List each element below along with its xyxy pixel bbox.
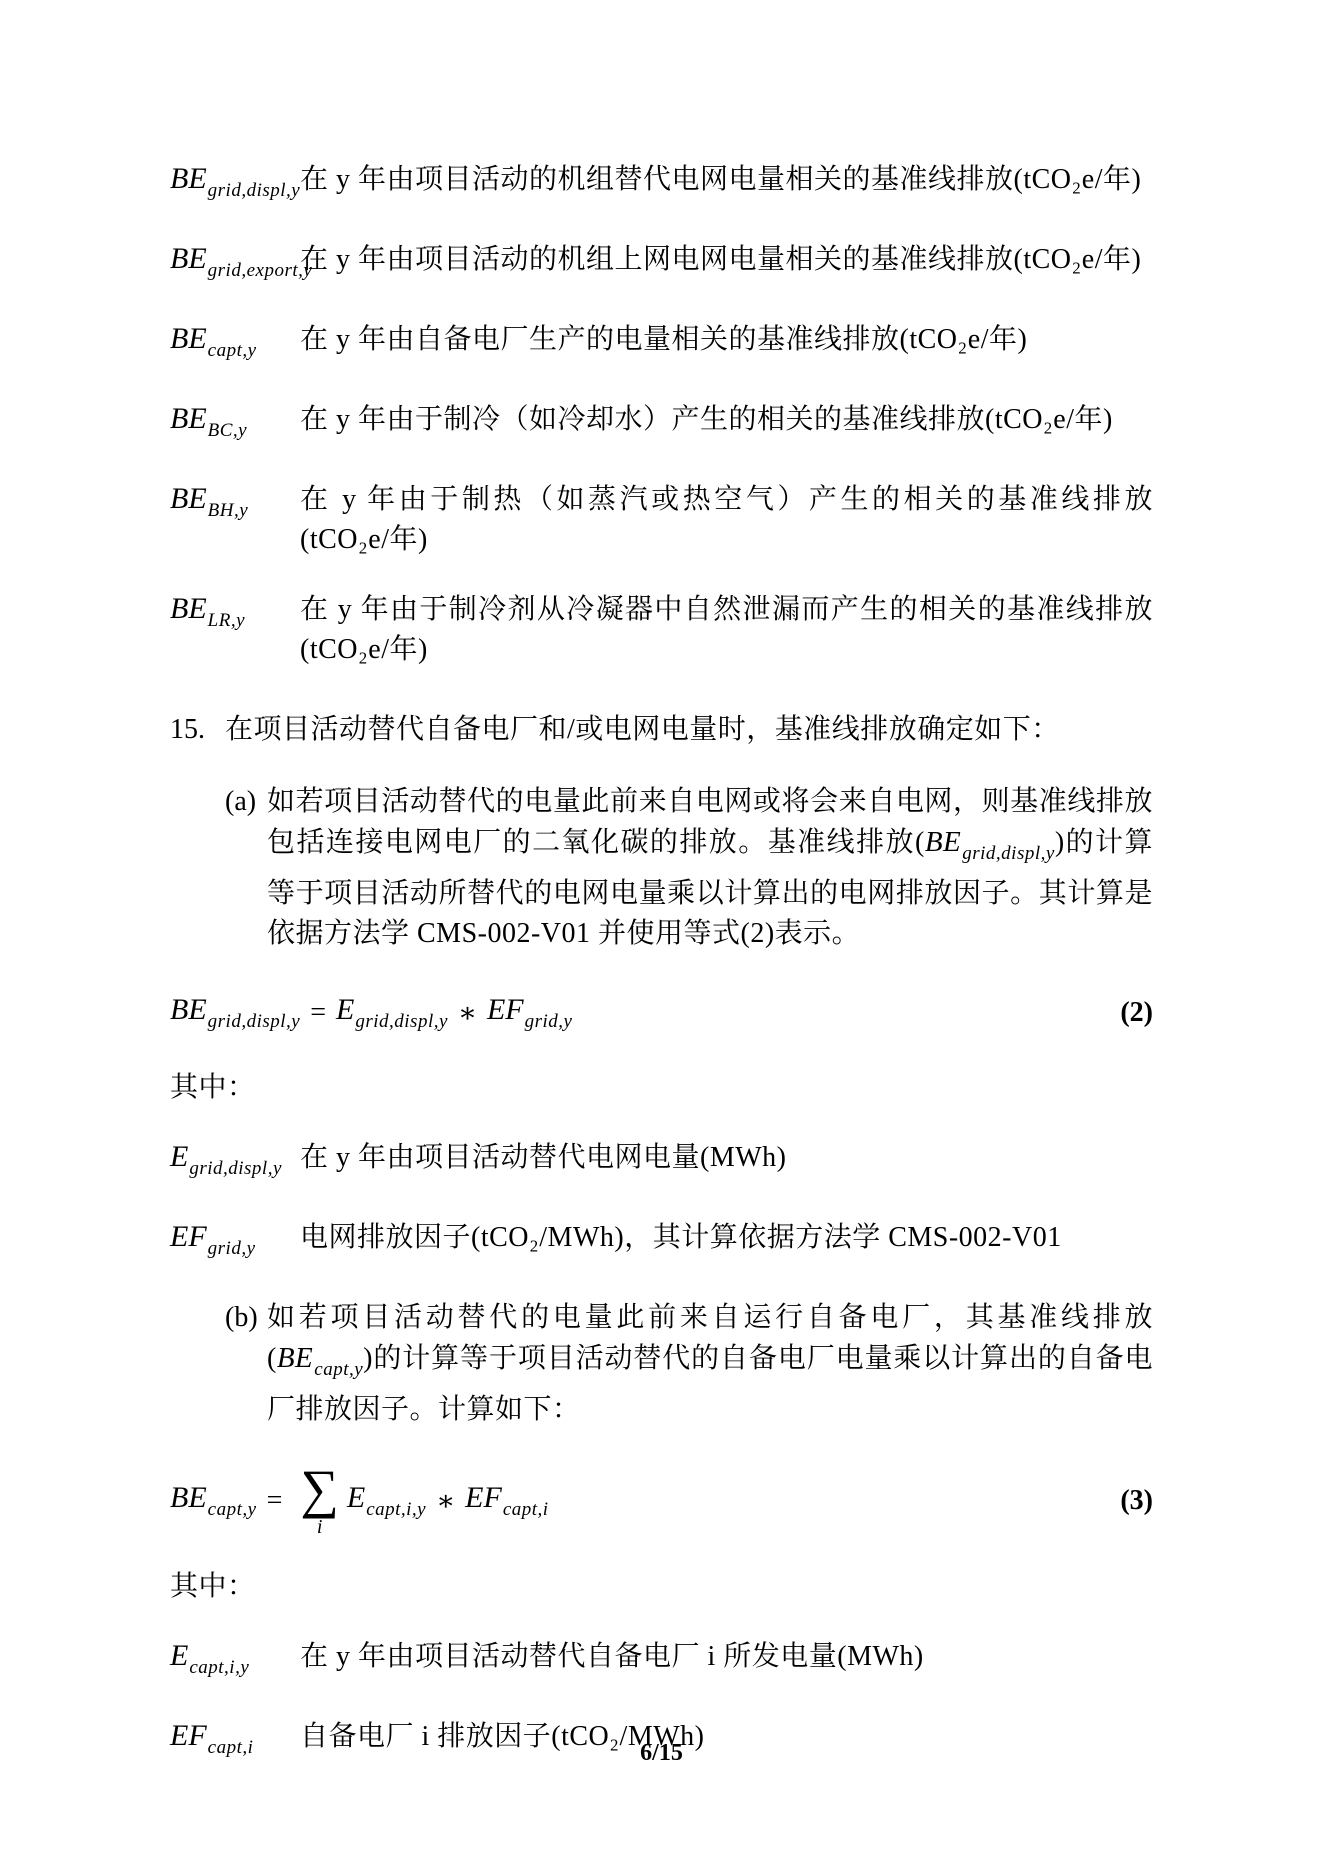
term-symbol: BE [170,1481,207,1514]
equation-rhs-2: EFgrid,y [487,993,573,1033]
definition-term: Ecapt,i,y [170,1637,300,1687]
equation-3: BEcapt,y = ∑ i Ecapt,i,y ∗ EFcapt,i (3) [170,1464,1153,1537]
numbered-paragraph-15: 15. 在项目活动替代自备电厂和/或电网电量时，基准线排放确定如下： [170,710,1153,750]
definition-term: EFgrid,y [170,1218,300,1268]
multiply-sign: ∗ [426,1484,465,1518]
definition-row: EFgrid,y 电网排放因子(tCO₂/MWh)，其计算依据方法学 CMS-0… [170,1218,1153,1268]
term-subscript: grid,displ,y [962,843,1055,864]
definition-text: 在 y 年由项目活动替代自备电厂 i 所发电量(MWh) [300,1637,1153,1687]
equation-number: (2) [1120,997,1153,1029]
equation-2-body: BEgrid,displ,y = Egrid,displ,y ∗ EFgrid,… [170,993,572,1033]
page-content: BEgrid,displ,y 在 y 年由项目活动的机组替代电网电量相关的基准线… [170,160,1153,1797]
definition-term: BEBC,y [170,400,300,450]
definition-row: BEBH,y 在 y 年由于制热（如蒸汽或热空气）产生的相关的基准线排放(tCO… [170,480,1153,560]
term-symbol: BE [925,826,961,858]
definition-row: BEgrid,displ,y 在 y 年由项目活动的机组替代电网电量相关的基准线… [170,160,1153,210]
definition-text: 在 y 年由自备电厂生产的电量相关的基准线排放(tCO₂e/年) [300,320,1153,370]
term-subscript: capt,i,y [366,1499,426,1520]
definition-row: BELR,y 在 y 年由于制冷剂从冷凝器中自然泄漏而产生的相关的基准线排放(t… [170,590,1153,670]
summation: ∑ i [300,1464,339,1537]
term-subscript: grid,displ,y [189,1158,282,1179]
sub-item-text: 如若项目活动替代的电量此前来自电网或将会来自电网，则基准线排放包括连接电网电厂的… [267,782,1153,954]
definition-row: Ecapt,i,y 在 y 年由项目活动替代自备电厂 i 所发电量(MWh) [170,1637,1153,1687]
inline-math-term: BEcapt,y [277,1342,363,1374]
sigma-index: i [317,1517,323,1537]
term-symbol: BE [170,402,207,435]
term-symbol: BE [170,322,207,355]
definition-row: BEcapt,y 在 y 年由自备电厂生产的电量相关的基准线排放(tCO₂e/年… [170,320,1153,370]
term-symbol: EF [487,993,524,1026]
term-subscript: grid,displ,y [208,180,301,201]
term-symbol: E [336,993,354,1026]
term-symbol: E [170,1140,188,1173]
equals-sign: = [257,1485,293,1517]
term-subscript: grid,y [208,1238,256,1259]
definition-text: 在 y 年由项目活动的机组替代电网电量相关的基准线排放(tCO₂e/年) [300,160,1153,210]
term-subscript: grid,displ,y [208,1011,301,1032]
definition-text: 在 y 年由项目活动替代电网电量(MWh) [300,1138,1153,1188]
definition-text: 电网排放因子(tCO₂/MWh)，其计算依据方法学 CMS-002-V01 [300,1218,1153,1268]
multiply-sign: ∗ [448,996,487,1030]
term-symbol: EF [465,1481,502,1514]
term-subscript: capt,y [208,1499,257,1520]
term-symbol: BE [277,1342,313,1374]
equation-number: (3) [1120,1485,1153,1517]
equals-sign: = [300,997,336,1029]
definition-text: 在 y 年由于制热（如蒸汽或热空气）产生的相关的基准线排放(tCO₂e/年) [300,480,1153,560]
paragraph-number: 15. [170,710,225,750]
sigma-symbol: ∑ [300,1464,339,1515]
term-symbol: EF [170,1220,207,1253]
term-subscript: capt,y [208,340,257,361]
definition-term: BEgrid,export,y [170,240,300,290]
term-subscript: capt,i [503,1499,549,1520]
definition-row: BEgrid,export,y 在 y 年由项目活动的机组上网电网电量相关的基准… [170,240,1153,290]
where-label: 其中： [170,1567,1153,1607]
equation-2: BEgrid,displ,y = Egrid,displ,y ∗ EFgrid,… [170,988,1153,1038]
equation-lhs: BEgrid,displ,y [170,993,300,1033]
definition-text: 在 y 年由于制冷剂从冷凝器中自然泄漏而产生的相关的基准线排放(tCO₂e/年) [300,590,1153,670]
paragraph-text: 在项目活动替代自备电厂和/或电网电量时，基准线排放确定如下： [225,710,1153,750]
sub-item-label: (b) [225,1298,267,1430]
inline-math-term: BEgrid,displ,y [925,826,1055,858]
equation-rhs-2: EFcapt,i [465,1481,548,1521]
definition-term: BEBH,y [170,480,300,560]
term-symbol: E [170,1639,188,1672]
term-subscript: capt,i,y [189,1657,249,1678]
term-subscript: BC,y [208,420,247,441]
definition-row: BEBC,y 在 y 年由于制冷（如冷却水）产生的相关的基准线排放(tCO₂e/… [170,400,1153,450]
equation-rhs-1: Ecapt,i,y [347,1481,426,1521]
equation-rhs-1: Egrid,displ,y [336,993,448,1033]
term-symbol: E [347,1481,365,1514]
term-subscript: grid,displ,y [355,1011,448,1032]
sub-item-b: (b) 如若项目活动替代的电量此前来自运行自备电厂，其基准线排放(BEcapt,… [225,1298,1153,1430]
definition-term: BEcapt,y [170,320,300,370]
term-symbol: BE [170,993,207,1026]
page-number-footer: 6/15 [0,1740,1323,1767]
definition-text: 在 y 年由于制冷（如冷却水）产生的相关的基准线排放(tCO₂e/年) [300,400,1153,450]
term-symbol: BE [170,162,207,195]
definition-row: Egrid,displ,y 在 y 年由项目活动替代电网电量(MWh) [170,1138,1153,1188]
term-symbol: BE [170,592,207,625]
definition-term: Egrid,displ,y [170,1138,300,1188]
equation-3-body: BEcapt,y = ∑ i Ecapt,i,y ∗ EFcapt,i [170,1464,549,1537]
equation-lhs: BEcapt,y [170,1481,257,1521]
where-label: 其中： [170,1068,1153,1108]
term-subscript: grid,export,y [208,260,313,281]
term-subscript: capt,y [314,1359,363,1380]
sub-item-label: (a) [225,782,267,954]
definition-term: BELR,y [170,590,300,670]
definition-term: BEgrid,displ,y [170,160,300,210]
term-symbol: BE [170,242,207,275]
term-subscript: LR,y [208,610,245,631]
term-subscript: BH,y [208,500,249,521]
term-subscript: grid,y [525,1011,573,1032]
sub-item-text: 如若项目活动替代的电量此前来自运行自备电厂，其基准线排放(BEcapt,y)的计… [267,1298,1153,1430]
term-symbol: BE [170,482,207,515]
sub-item-a: (a) 如若项目活动替代的电量此前来自电网或将会来自电网，则基准线排放包括连接电… [225,782,1153,954]
text-segment: )的计算等于项目活动替代的自备电厂电量乘以计算出的自备电厂排放因子。计算如下： [267,1343,1153,1425]
definition-text: 在 y 年由项目活动的机组上网电网电量相关的基准线排放(tCO₂e/年) [300,240,1153,290]
document-page: BEgrid,displ,y 在 y 年由项目活动的机组替代电网电量相关的基准线… [0,0,1323,1871]
